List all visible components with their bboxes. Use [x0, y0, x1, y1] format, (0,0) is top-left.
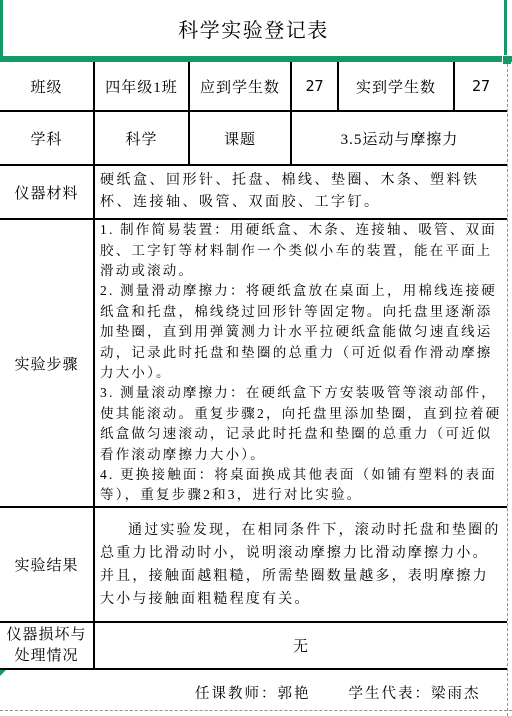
materials-content: 硬纸盒、回形针、托盘、棉线、垫圈、木条、塑料铁杯、连接轴、吸管、双面胶、工字钉。: [100, 170, 502, 214]
cell-materials-content[interactable]: 硬纸盒、回形针、托盘、棉线、垫圈、木条、塑料铁杯、连接轴、吸管、双面胶、工字钉。: [95, 166, 507, 218]
page-break-line-horizontal: [0, 710, 512, 711]
expected-students-label: 应到学生数: [200, 76, 280, 97]
actual-students-label: 实到学生数: [356, 76, 436, 97]
page-break-line-vertical: [507, 64, 508, 716]
form-title: 科学实验登记表: [178, 14, 329, 43]
row-subject-topic: 学科 科学 课题 3.5运动与摩擦力: [0, 112, 507, 166]
step-1: 1. 制作简易装置：用硬纸盒、木条、连接轴、吸管、双面胶、工字钉等材料制作一个类…: [100, 220, 502, 281]
subject-value: 科学: [125, 128, 157, 149]
selection-border-right: [504, 0, 507, 56]
row-result: 实验结果 通过实验发现，在相同条件下，滚动时托盘和垫圈的总重力比滑动时小，说明滚…: [0, 508, 507, 623]
row-class-info: 班级 四年级1班 应到学生数 27 实到学生数 27: [0, 62, 507, 112]
topic-value: 3.5运动与摩擦力: [341, 128, 459, 149]
materials-label: 仪器材料: [14, 182, 78, 203]
cell-damage-label[interactable]: 仪器损坏与 处理情况: [0, 623, 95, 668]
teacher-signature: 任课教师：郭艳: [195, 682, 311, 703]
cell-expected-label[interactable]: 应到学生数: [190, 62, 292, 110]
cell-result-content[interactable]: 通过实验发现，在相同条件下，滚动时托盘和垫圈的总重力比滑动时小，说明滚动摩擦力比…: [95, 508, 507, 621]
cell-actual-label[interactable]: 实到学生数: [339, 62, 455, 110]
step-2: 2. 测量滑动摩擦力：将硬纸盒放在桌面上，用棉线连接硬纸盒和托盘，棉线绕过回形针…: [100, 281, 502, 383]
class-label: 班级: [30, 76, 62, 97]
result-content: 通过实验发现，在相同条件下，滚动时托盘和垫圈的总重力比滑动时小，说明滚动摩擦力比…: [100, 519, 502, 611]
damage-label: 仪器损坏与 处理情况: [6, 625, 86, 667]
signature-line: 任课教师：郭艳 学生代表：梁雨杰: [195, 682, 481, 703]
cell-error-indicator-triangle: [0, 670, 6, 676]
spreadsheet-page: 科学实验登记表 班级 四年级1班 应到学生数 27 实到学生数 27 学科 科学: [0, 0, 512, 716]
form-title-cell[interactable]: 科学实验登记表: [0, 0, 507, 56]
cell-materials-label[interactable]: 仪器材料: [0, 166, 95, 218]
class-value: 四年级1班: [105, 76, 178, 97]
actual-students-value: 27: [472, 77, 490, 95]
selection-border-left: [0, 0, 3, 56]
row-materials: 仪器材料 硬纸盒、回形针、托盘、棉线、垫圈、木条、塑料铁杯、连接轴、吸管、双面胶…: [0, 166, 507, 220]
cell-expected-value[interactable]: 27: [292, 62, 339, 110]
student-signature: 学生代表：梁雨杰: [349, 682, 481, 703]
subject-label: 学科: [30, 128, 62, 149]
cell-actual-value[interactable]: 27: [455, 62, 507, 110]
damage-content: 无: [293, 635, 309, 656]
step-4: 4. 更换接触面：将桌面换成其他表面（如铺有塑料的表面等），重复步骤2和3，进行…: [100, 465, 502, 506]
cell-subject-value[interactable]: 科学: [95, 112, 190, 164]
result-label: 实验结果: [14, 554, 78, 575]
cell-steps-content[interactable]: 1. 制作简易装置：用硬纸盒、木条、连接轴、吸管、双面胶、工字钉等材料制作一个类…: [95, 220, 507, 506]
cell-class-label[interactable]: 班级: [0, 62, 95, 110]
cell-result-label[interactable]: 实验结果: [0, 508, 95, 621]
expected-students-value: 27: [305, 77, 323, 95]
row-steps: 实验步骤 1. 制作简易装置：用硬纸盒、木条、连接轴、吸管、双面胶、工字钉等材料…: [0, 220, 507, 508]
cell-topic-label[interactable]: 课题: [190, 112, 292, 164]
cell-topic-value[interactable]: 3.5运动与摩擦力: [292, 112, 507, 164]
cell-class-value[interactable]: 四年级1班: [95, 62, 190, 110]
cell-damage-content[interactable]: 无: [95, 623, 507, 668]
cell-steps-label[interactable]: 实验步骤: [0, 220, 95, 506]
row-damage: 仪器损坏与 处理情况 无: [0, 623, 507, 670]
steps-label: 实验步骤: [14, 353, 78, 374]
cell-subject-label[interactable]: 学科: [0, 112, 95, 164]
step-3: 3. 测量滚动摩擦力：在硬纸盒下方安装吸管等滚动部件，使其能滚动。重复步骤2，向…: [100, 383, 502, 465]
topic-label: 课题: [224, 128, 256, 149]
